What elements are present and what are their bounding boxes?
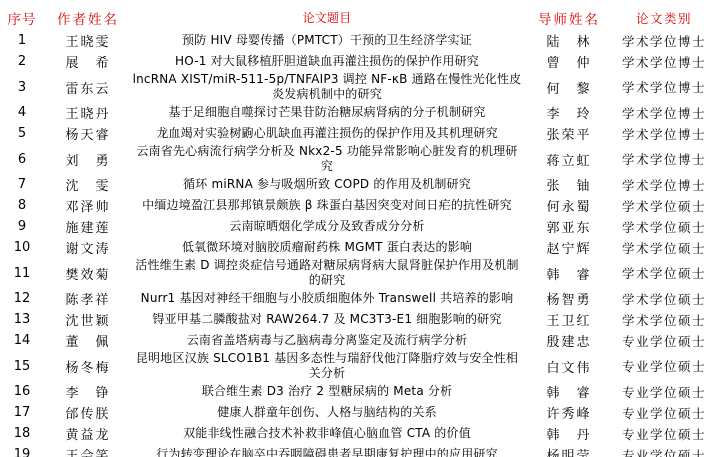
cell-category: 专业学位硕士 bbox=[616, 402, 712, 423]
cell-author: 邰传朕 bbox=[44, 402, 132, 423]
cell-title: 云南省先心病流行病学分析及 Nkx2-5 功能异常影响心脏发育的机理研究 bbox=[132, 144, 522, 174]
cell-title: 昆明地区汉族 SLCO1B1 基因多态性与瑞舒伐他汀降脂疗效与安全性相关分析 bbox=[132, 351, 522, 381]
cell-advisor: 李 玲 bbox=[522, 102, 616, 123]
cell-author: 刘 勇 bbox=[44, 144, 132, 174]
cell-advisor: 张 铀 bbox=[522, 174, 616, 195]
cell-advisor: 蒋立虹 bbox=[522, 144, 616, 174]
cell-title: 中缅边境盈江县那邦镇景颇族 β 珠蛋白基因突变对间日疟的抗性研究 bbox=[132, 195, 522, 216]
table-row: 3雷东云lncRNA XIST/miR-511-5p/TNFAIP3 调控 NF… bbox=[0, 72, 712, 102]
table-row: 14董 佩云南省盖塔病毒与乙脑病毒分离鉴定及流行病学分析殷建忠专业学位硕士 bbox=[0, 330, 712, 351]
cell-advisor: 郭亚东 bbox=[522, 216, 616, 237]
cell-no: 8 bbox=[0, 195, 44, 216]
table-row: 2展 希HO-1 对大鼠移植肝胆道缺血再灌注损伤的保护作用研究曾 仲学术学位博士 bbox=[0, 51, 712, 72]
cell-no: 9 bbox=[0, 216, 44, 237]
cell-title: HO-1 对大鼠移植肝胆道缺血再灌注损伤的保护作用研究 bbox=[132, 51, 522, 72]
cell-title: 锝亚甲基二膦酸盐对 RAW264.7 及 MC3T3-E1 细胞影响的研究 bbox=[132, 309, 522, 330]
cell-no: 18 bbox=[0, 423, 44, 444]
cell-category: 学术学位博士 bbox=[616, 72, 712, 102]
table-row: 12陈孝祥Nurr1 基因对神经干细胞与小胶质细胞体外 Transwell 共培… bbox=[0, 288, 712, 309]
cell-author: 王会笑 bbox=[44, 444, 132, 457]
cell-author: 黄益龙 bbox=[44, 423, 132, 444]
document-page: 序号作者姓名论文题目导师姓名论文类别 1王晓雯预防 HIV 母婴传播（PMTCT… bbox=[0, 0, 712, 457]
cell-advisor: 白文伟 bbox=[522, 351, 616, 381]
cell-author: 李 铮 bbox=[44, 381, 132, 402]
cell-title: 活性维生素 D 调控炎症信号通路对糖尿病肾病大鼠肾脏保护作用及机制的研究 bbox=[132, 258, 522, 288]
cell-author: 邓泽帅 bbox=[44, 195, 132, 216]
cell-author: 雷东云 bbox=[44, 72, 132, 102]
header-row: 序号作者姓名论文题目导师姓名论文类别 bbox=[0, 6, 712, 30]
cell-category: 学术学位博士 bbox=[616, 144, 712, 174]
cell-advisor: 韩 睿 bbox=[522, 258, 616, 288]
cell-title: 健康人群童年创伤、人格与脑结构的关系 bbox=[132, 402, 522, 423]
table-row: 9施建莲云南晾晒烟化学成分及致香成分分析郭亚东学术学位硕士 bbox=[0, 216, 712, 237]
cell-title: 低氧微环境对脑胶质瘤耐药株 MGMT 蛋白表达的影响 bbox=[132, 237, 522, 258]
cell-advisor: 何永蜀 bbox=[522, 195, 616, 216]
cell-advisor: 赵宁辉 bbox=[522, 237, 616, 258]
cell-no: 17 bbox=[0, 402, 44, 423]
cell-no: 5 bbox=[0, 123, 44, 144]
cell-no: 14 bbox=[0, 330, 44, 351]
cell-author: 沈 雯 bbox=[44, 174, 132, 195]
cell-title: 预防 HIV 母婴传播（PMTCT）干预的卫生经济学实证 bbox=[132, 30, 522, 51]
cell-no: 13 bbox=[0, 309, 44, 330]
table-row: 10谢文涛低氧微环境对脑胶质瘤耐药株 MGMT 蛋白表达的影响赵宁辉学术学位硕士 bbox=[0, 237, 712, 258]
cell-author: 王晓丹 bbox=[44, 102, 132, 123]
cell-author: 王晓雯 bbox=[44, 30, 132, 51]
cell-no: 3 bbox=[0, 72, 44, 102]
cell-advisor: 殷建忠 bbox=[522, 330, 616, 351]
table-row: 17邰传朕健康人群童年创伤、人格与脑结构的关系许秀峰专业学位硕士 bbox=[0, 402, 712, 423]
cell-title: Nurr1 基因对神经干细胞与小胶质细胞体外 Transwell 共培养的影响 bbox=[132, 288, 522, 309]
cell-advisor: 许秀峰 bbox=[522, 402, 616, 423]
table-row: 5杨天睿龙血竭对实验树鼩心肌缺血再灌注损伤的保护作用及其机理研究张荣平学术学位博… bbox=[0, 123, 712, 144]
cell-category: 学术学位博士 bbox=[616, 51, 712, 72]
cell-title: 龙血竭对实验树鼩心肌缺血再灌注损伤的保护作用及其机理研究 bbox=[132, 123, 522, 144]
thesis-table-body: 1王晓雯预防 HIV 母婴传播（PMTCT）干预的卫生经济学实证陆 林学术学位博… bbox=[0, 30, 712, 457]
cell-author: 沈世颖 bbox=[44, 309, 132, 330]
cell-advisor: 杨智勇 bbox=[522, 288, 616, 309]
cell-author: 樊效菊 bbox=[44, 258, 132, 288]
cell-category: 学术学位硕士 bbox=[616, 216, 712, 237]
thesis-table: 序号作者姓名论文题目导师姓名论文类别 1王晓雯预防 HIV 母婴传播（PMTCT… bbox=[0, 6, 712, 457]
cell-advisor: 张荣平 bbox=[522, 123, 616, 144]
cell-title: 行为转变理论在脑卒中吞咽障碍患者早期康复护理中的应用研究 bbox=[132, 444, 522, 457]
cell-no: 7 bbox=[0, 174, 44, 195]
cell-author: 施建莲 bbox=[44, 216, 132, 237]
cell-advisor: 王卫红 bbox=[522, 309, 616, 330]
cell-category: 专业学位硕士 bbox=[616, 351, 712, 381]
cell-category: 专业学位硕士 bbox=[616, 423, 712, 444]
table-row: 15杨冬梅昆明地区汉族 SLCO1B1 基因多态性与瑞舒伐他汀降脂疗效与安全性相… bbox=[0, 351, 712, 381]
table-row: 19王会笑行为转变理论在脑卒中吞咽障碍患者早期康复护理中的应用研究杨明莹专业学位… bbox=[0, 444, 712, 457]
cell-advisor: 韩 丹 bbox=[522, 423, 616, 444]
header-cell-author: 作者姓名 bbox=[44, 6, 132, 30]
table-row: 8邓泽帅中缅边境盈江县那邦镇景颇族 β 珠蛋白基因突变对间日疟的抗性研究何永蜀学… bbox=[0, 195, 712, 216]
table-row: 13沈世颖锝亚甲基二膦酸盐对 RAW264.7 及 MC3T3-E1 细胞影响的… bbox=[0, 309, 712, 330]
table-row: 4王晓丹基于足细胞自噬探讨芒果苷防治糖尿病肾病的分子机制研究李 玲学术学位博士 bbox=[0, 102, 712, 123]
cell-title: 双能非线性融合技术补救非峰值心脑血管 CTA 的价值 bbox=[132, 423, 522, 444]
cell-category: 专业学位硕士 bbox=[616, 444, 712, 457]
cell-author: 杨冬梅 bbox=[44, 351, 132, 381]
cell-title: lncRNA XIST/miR-511-5p/TNFAIP3 调控 NF-κB … bbox=[132, 72, 522, 102]
cell-category: 学术学位博士 bbox=[616, 30, 712, 51]
cell-advisor: 何 黎 bbox=[522, 72, 616, 102]
cell-author: 董 佩 bbox=[44, 330, 132, 351]
cell-title: 云南省盖塔病毒与乙脑病毒分离鉴定及流行病学分析 bbox=[132, 330, 522, 351]
cell-category: 专业学位硕士 bbox=[616, 330, 712, 351]
cell-no: 1 bbox=[0, 30, 44, 51]
table-row: 6刘 勇云南省先心病流行病学分析及 Nkx2-5 功能异常影响心脏发育的机理研究… bbox=[0, 144, 712, 174]
cell-no: 19 bbox=[0, 444, 44, 457]
thesis-table-head: 序号作者姓名论文题目导师姓名论文类别 bbox=[0, 6, 712, 30]
cell-title: 基于足细胞自噬探讨芒果苷防治糖尿病肾病的分子机制研究 bbox=[132, 102, 522, 123]
header-cell-category: 论文类别 bbox=[616, 6, 712, 30]
cell-author: 谢文涛 bbox=[44, 237, 132, 258]
table-row: 16李 铮联合维生素 D3 治疗 2 型糖尿病的 Meta 分析韩 睿专业学位硕… bbox=[0, 381, 712, 402]
cell-no: 4 bbox=[0, 102, 44, 123]
table-row: 11樊效菊活性维生素 D 调控炎症信号通路对糖尿病肾病大鼠肾脏保护作用及机制的研… bbox=[0, 258, 712, 288]
cell-category: 学术学位硕士 bbox=[616, 288, 712, 309]
cell-no: 16 bbox=[0, 381, 44, 402]
cell-title: 循环 miRNA 参与吸烟所致 COPD 的作用及机制研究 bbox=[132, 174, 522, 195]
cell-category: 学术学位博士 bbox=[616, 174, 712, 195]
cell-no: 10 bbox=[0, 237, 44, 258]
header-cell-advisor: 导师姓名 bbox=[522, 6, 616, 30]
cell-category: 学术学位博士 bbox=[616, 102, 712, 123]
cell-advisor: 曾 仲 bbox=[522, 51, 616, 72]
cell-no: 2 bbox=[0, 51, 44, 72]
cell-advisor: 杨明莹 bbox=[522, 444, 616, 457]
cell-category: 学术学位硕士 bbox=[616, 258, 712, 288]
cell-author: 杨天睿 bbox=[44, 123, 132, 144]
cell-category: 专业学位硕士 bbox=[616, 381, 712, 402]
table-row: 7沈 雯循环 miRNA 参与吸烟所致 COPD 的作用及机制研究张 铀学术学位… bbox=[0, 174, 712, 195]
table-row: 18黄益龙双能非线性融合技术补救非峰值心脑血管 CTA 的价值韩 丹专业学位硕士 bbox=[0, 423, 712, 444]
cell-category: 学术学位博士 bbox=[616, 123, 712, 144]
cell-author: 陈孝祥 bbox=[44, 288, 132, 309]
cell-title: 云南晾晒烟化学成分及致香成分分析 bbox=[132, 216, 522, 237]
header-cell-title: 论文题目 bbox=[132, 6, 522, 30]
cell-advisor: 陆 林 bbox=[522, 30, 616, 51]
cell-category: 学术学位硕士 bbox=[616, 309, 712, 330]
cell-author: 展 希 bbox=[44, 51, 132, 72]
cell-no: 11 bbox=[0, 258, 44, 288]
header-cell-no: 序号 bbox=[0, 6, 44, 30]
cell-category: 学术学位硕士 bbox=[616, 195, 712, 216]
cell-no: 6 bbox=[0, 144, 44, 174]
cell-category: 学术学位硕士 bbox=[616, 237, 712, 258]
cell-no: 12 bbox=[0, 288, 44, 309]
table-row: 1王晓雯预防 HIV 母婴传播（PMTCT）干预的卫生经济学实证陆 林学术学位博… bbox=[0, 30, 712, 51]
cell-advisor: 韩 睿 bbox=[522, 381, 616, 402]
cell-title: 联合维生素 D3 治疗 2 型糖尿病的 Meta 分析 bbox=[132, 381, 522, 402]
cell-no: 15 bbox=[0, 351, 44, 381]
